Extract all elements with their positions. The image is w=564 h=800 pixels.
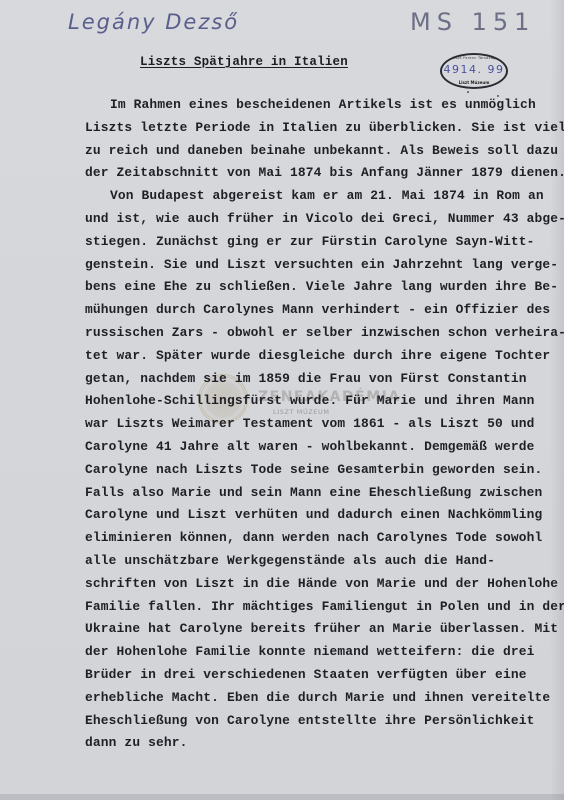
text-line: schriften von Liszt in die Hände von Mar… [85, 573, 555, 596]
stamp-top-text: Liszt Ferenc Társaság [442, 56, 506, 60]
text-line: und ist, wie auch früher in Vicolo dei G… [85, 208, 555, 231]
handwritten-ms-number: MS 151 [410, 8, 535, 36]
archive-stamp: Liszt Ferenc Társaság 4914. 99 Liszt Múz… [440, 53, 508, 89]
paper-speck [467, 91, 469, 93]
text-line: Carolyne nach Liszts Tode seine Gesamter… [85, 459, 555, 482]
document-page: Legány Dezső MS 151 Liszt Ferenc Társasá… [0, 0, 564, 800]
text-line: erhebliche Macht. Eben die durch Marie u… [85, 687, 555, 710]
text-line: war Liszts Weimarer Testament vom 1861 -… [85, 413, 555, 436]
text-line: Liszts letzte Periode in Italien zu über… [85, 117, 555, 140]
text-line: mühungen durch Carolynes Mann verhindert… [85, 299, 555, 322]
text-line: Carolyne und Liszt verhüten und dadurch … [85, 504, 555, 527]
text-line: Familie fallen. Ihr mächtiges Familiengu… [85, 596, 555, 619]
text-line: Falls also Marie und sein Mann eine Ehes… [85, 482, 555, 505]
page-bottom-shadow [0, 794, 564, 800]
text-line: Im Rahmen eines bescheidenen Artikels is… [85, 94, 555, 117]
text-line: alle unschätzbare Werkgegenstände als au… [85, 550, 555, 573]
text-line: dann zu sehr. [85, 732, 555, 755]
paper-speck [497, 95, 499, 97]
text-line: genstein. Sie und Liszt versuchten ein J… [85, 254, 555, 277]
document-body: Im Rahmen eines bescheidenen Artikels is… [85, 94, 555, 755]
text-line: Von Budapest abgereist kam er am 21. Mai… [85, 185, 555, 208]
text-line: bens eine Ehe zu schließen. Viele Jahre … [85, 276, 555, 299]
text-line: Hohenlohe-Schillingsfürst wurde. Für Mar… [85, 390, 555, 413]
text-line: zu reich und daneben beinahe unbekannt. … [85, 140, 555, 163]
stamp-bottom-text: Liszt Múzeum [442, 80, 506, 85]
text-line: Ukraine hat Carolyne bereits früher an M… [85, 618, 555, 641]
text-line: der Zeitabschnitt von Mai 1874 bis Anfan… [85, 162, 555, 185]
text-line: tet war. Später wurde diesgleiche durch … [85, 345, 555, 368]
text-line: Carolyne 41 Jahre alt waren - wohlbekann… [85, 436, 555, 459]
text-line: der Hohenlohe Familie konnte niemand wet… [85, 641, 555, 664]
text-line: stiegen. Zunächst ging er zur Fürstin Ca… [85, 231, 555, 254]
handwritten-author-note: Legány Dezső [68, 10, 239, 34]
text-line: eliminieren können, dann werden nach Car… [85, 527, 555, 550]
text-line: Eheschließung von Carolyne entstellte ih… [85, 710, 555, 733]
text-line: Brüder in drei verschiedenen Staaten ver… [85, 664, 555, 687]
stamp-inventory-number: 4914. 99 [442, 63, 506, 76]
paper-speck [96, 243, 98, 245]
text-line: getan, nachdem sie im 1859 die Frau von … [85, 368, 555, 391]
text-line: russischen Zars - obwohl er selber inzwi… [85, 322, 555, 345]
document-title: Liszts Spätjahre in Italien [140, 55, 348, 69]
